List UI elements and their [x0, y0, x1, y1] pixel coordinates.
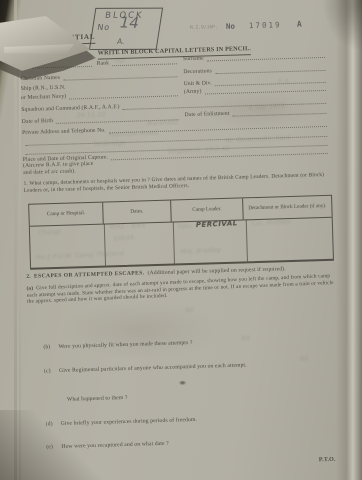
hw-leader-1-prefix: Gen. — [178, 222, 194, 231]
dotted-line — [69, 88, 178, 99]
hw-camp-1: Changi — [38, 228, 61, 237]
field-label-rank: Rank — [97, 60, 110, 66]
block-stamp-suffix: A. — [116, 37, 125, 46]
hw-detachment-leader-1: Col. Holmes — [252, 218, 291, 228]
section-2c-label: (c) — [44, 368, 51, 375]
hw-leader-1: PERCIVAL — [196, 219, 238, 229]
field-label-capture-note2: and date of a/c crash). — [23, 168, 76, 177]
field-label-dob: Date of Birth — [22, 118, 54, 125]
field-label-surname: Surname — [183, 56, 204, 63]
section-2b-label: (b) — [43, 344, 50, 351]
ink-smudge — [178, 380, 186, 385]
serial-grade: A — [297, 20, 302, 29]
serial-number: 17019 — [249, 20, 282, 30]
table-column-line — [104, 224, 106, 266]
hw-nil-b: Nil — [241, 334, 250, 342]
hw-dates-1b: 1/4/45 — [113, 233, 134, 242]
corner-fold — [322, 0, 362, 52]
section-2-heading: ESCAPES OR ATTEMPTED ESCAPES. — [34, 270, 145, 279]
hw-nil-a: Nil — [185, 306, 194, 314]
section-2c-text: Give Regimental particulars of anyone wh… — [59, 362, 247, 375]
hw-camp-2: No 2 P.O.W. Camp Thailand — [36, 249, 124, 261]
block-number-handwritten: 14 — [119, 13, 139, 32]
field-row-decorations: Decorations — [183, 63, 325, 75]
col-header-camp-leader: Camp Leader. — [171, 198, 244, 221]
hw-address-3: Tonbridge — [93, 139, 125, 149]
dotted-line — [63, 69, 177, 80]
section-2-number: 2. — [26, 274, 31, 280]
col-header-detachment-leader: Detachment or Block Leader (if any). — [243, 196, 332, 220]
col-header-camp: Camp or Hospital. — [29, 203, 104, 226]
dotted-line — [215, 63, 326, 74]
serial-prefix: M.I.9/JAP. — [190, 25, 218, 31]
field-label-address: Private Address and Telephone No. — [22, 127, 106, 135]
field-label-decorations: Decorations — [183, 68, 212, 75]
scanned-document-page: BLOCK No A. 14 CONFIDENTIAL M.I.9/JAP. N… — [0, 0, 362, 480]
pto-label: P.T.O. — [319, 457, 336, 465]
page-crease — [336, 0, 362, 480]
col-header-dates: Dates. — [103, 201, 172, 224]
section-2b-text: Were you physically fit when you made th… — [58, 340, 192, 351]
hw-dob: 29.11.10 — [76, 110, 105, 119]
field-label-ship-line2: or Merchant Navy) — [21, 94, 67, 101]
table-column-line — [246, 219, 248, 261]
hw-nil-c: Nil — [300, 354, 309, 362]
camps-table: Camp or Hospital. Dates. Camp Leader. De… — [28, 195, 334, 270]
table-column-line — [173, 221, 175, 263]
field-label-enlistment: Date of Enlistment — [185, 111, 230, 118]
hw-unit-div: R.A. — [277, 77, 291, 86]
field-label-unit-line2: (Army) — [184, 89, 202, 96]
section-2a-label: (a) — [26, 286, 33, 292]
block-stamp-no-label: No — [97, 23, 111, 32]
hw-dates-1a: 9/42 - 4/45 — [110, 221, 146, 231]
section-2c2-text: What happened to them ? — [67, 395, 128, 404]
hw-address-1: Marshalls — [147, 118, 178, 127]
corner-shadow — [0, 410, 120, 480]
serial-no-label: No — [226, 22, 235, 31]
hw-rank: Sgt — [115, 56, 126, 65]
hw-leader-2: Maj. Bradley — [180, 246, 221, 256]
